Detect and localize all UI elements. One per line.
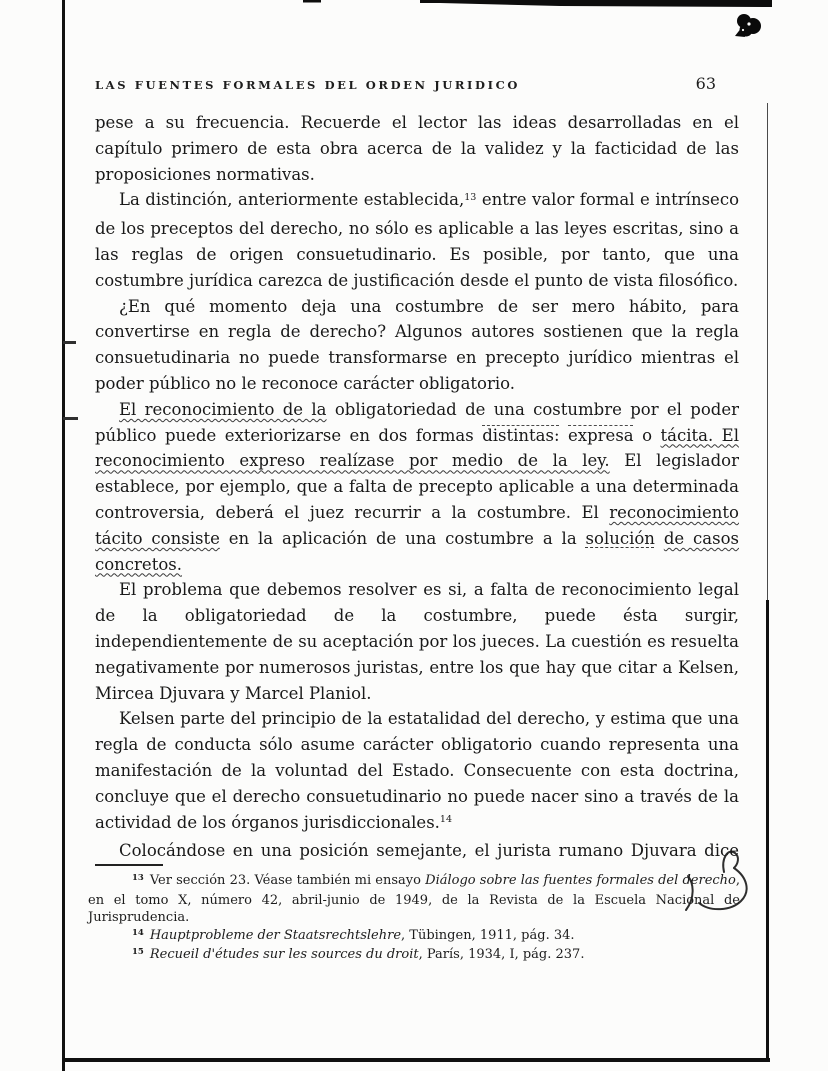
page-number: 63	[696, 74, 716, 93]
scan-top-bar	[440, 0, 772, 7]
text-segment: Recueil d'études sur les sources du droi…	[150, 947, 419, 962]
text-segment: 14	[440, 814, 452, 825]
text-segment: Diálogo sobre las fuentes formales del d…	[425, 873, 736, 888]
text-segment: distintas:	[482, 426, 559, 445]
pencil-margin-dash-1	[63, 341, 76, 344]
paragraph: El reconocimiento de la obligatoriedad d…	[95, 397, 739, 578]
footnote-separator	[95, 864, 163, 866]
text-segment: El reconocimiento de la	[119, 400, 327, 419]
text-segment	[560, 426, 568, 445]
text-segment: pese a su frecuencia. Recuerde el lector…	[95, 113, 739, 184]
paragraph: Colocándose en una posición semejante, e…	[95, 838, 739, 862]
scan-edge-left	[62, 0, 65, 1071]
text-segment: Hauptprobleme der Staatsrechtslehre	[150, 928, 401, 943]
footnotes: 13Ver sección 23. Véase también mi ensay…	[88, 872, 740, 966]
text-segment: , París, 1934, I, pág. 237.	[419, 947, 585, 962]
scanned-book-page: LAS FUENTES FORMALES DEL ORDEN JURIDICO …	[0, 0, 828, 1071]
paragraph: pese a su frecuencia. Recuerde el lector…	[95, 110, 739, 187]
scan-edge-right-lower	[766, 600, 769, 1062]
page-header: LAS FUENTES FORMALES DEL ORDEN JURIDICO …	[95, 74, 738, 93]
footnote: 15Recueil d'études sur les sources du dr…	[88, 946, 740, 966]
pencil-margin-dash-2	[63, 417, 78, 420]
scan-edge-bottom	[62, 1058, 770, 1062]
footnote-number: 13	[132, 873, 144, 883]
text-segment: o	[634, 426, 661, 445]
paragraph: El problema que debemos resolver es si, …	[95, 577, 739, 706]
text-segment: Colocándose en una posición semejante, e…	[95, 841, 739, 862]
paragraph: Kelsen parte del principio de la estatal…	[95, 706, 739, 838]
text-segment: solución	[586, 529, 655, 548]
running-title: LAS FUENTES FORMALES DEL ORDEN JURIDICO	[95, 78, 520, 92]
footnote-number: 14	[132, 928, 144, 938]
text-segment: ¿En qué momento deja una costumbre de se…	[95, 297, 739, 393]
text-segment	[655, 529, 664, 548]
paragraph: ¿En qué momento deja una costumbre de se…	[95, 294, 739, 397]
scan-edge-right-upper	[767, 103, 768, 603]
text-segment: expresa	[568, 426, 634, 445]
text-segment: , Tübingen, 1911, pág. 34.	[401, 928, 575, 943]
paragraph: La distinción, anteriormente establecida…	[95, 187, 739, 293]
text-segment: 13	[464, 192, 476, 203]
footnote: 14Hauptprobleme der Staatsrechtslehre, T…	[88, 927, 740, 947]
text-segment: en la aplicación de una costumbre a la	[220, 529, 586, 548]
ink-blot-icon	[735, 14, 761, 37]
text-segment: Ver sección 23. Véase también mi ensayo	[150, 873, 425, 888]
footnote-number: 15	[132, 947, 144, 957]
text-segment: Kelsen parte del principio de la estatal…	[95, 709, 739, 831]
body-text: pese a su frecuencia. Recuerde el lector…	[95, 110, 739, 862]
text-segment: El problema que debemos resolver es si, …	[95, 580, 739, 702]
text-segment: La distinción, anteriormente establecida…	[119, 190, 464, 209]
footnote: 13Ver sección 23. Véase también mi ensay…	[88, 872, 740, 927]
